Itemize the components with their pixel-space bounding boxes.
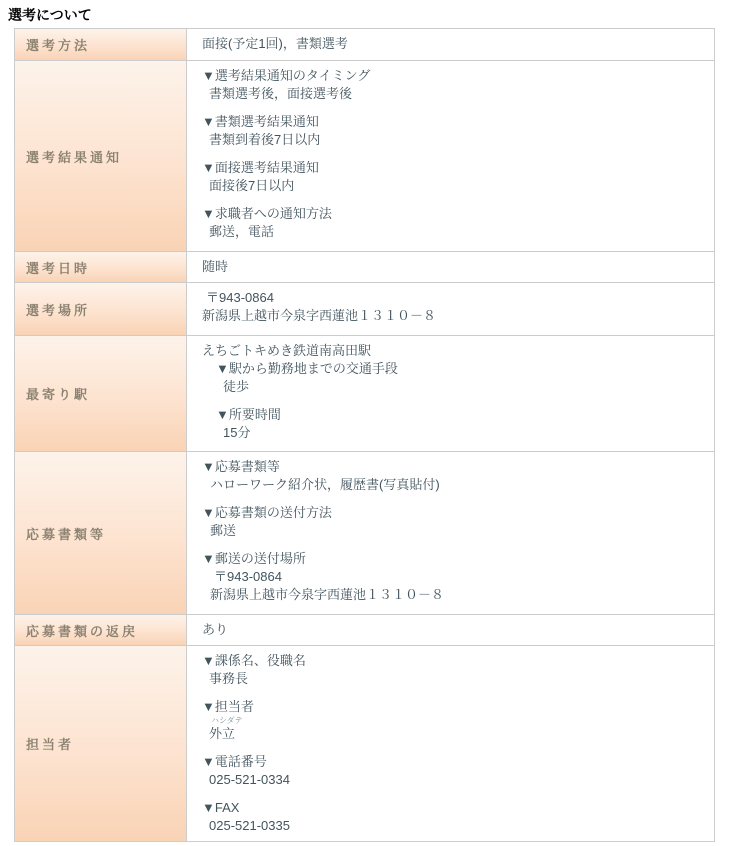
value-line: 15分 <box>202 424 704 442</box>
value-line: ▼選考結果通知のタイミング <box>202 67 704 85</box>
value-line: 郵送，電話 <box>202 223 704 241</box>
value-line: 面接(予定1回)，書類選考 <box>202 35 704 53</box>
value-line: 徒歩 <box>202 378 704 396</box>
value-line: ▼書類選考結果通知 <box>202 113 704 131</box>
address: 新潟県上越市今泉字西蓮池１３１０－８ <box>202 307 704 325</box>
value-line: ▼駅から勤務地までの交通手段 <box>202 360 704 378</box>
address: 新潟県上越市今泉字西蓮池１３１０－８ <box>202 586 704 604</box>
value-line: 郵送 <box>202 522 704 540</box>
name-furigana: ハシダテ <box>209 716 704 725</box>
value-line: ハローワーク紹介状，履歴書(写真貼付) <box>202 476 704 494</box>
value-line: ▼課係名、役職名 <box>202 652 704 670</box>
value-line: ▼面接選考結果通知 <box>202 159 704 177</box>
table-row-selection-method: 選考方法 面接(予定1回)，書類選考 <box>15 29 714 60</box>
row-label: 選考日時 <box>15 252 187 282</box>
value-line: 事務長 <box>202 670 704 688</box>
value-line: あり <box>202 621 704 639</box>
row-value: 面接(予定1回)，書類選考 <box>187 29 714 60</box>
table-row-application-documents: 応募書類等 ▼応募書類等 ハローワーク紹介状，履歴書(写真貼付) ▼応募書類の送… <box>15 451 714 614</box>
row-label: 担当者 <box>15 646 187 841</box>
station-name: えちごトキめき鉄道南高田駅 <box>202 342 704 360</box>
table-row-nearest-station: 最寄り駅 えちごトキめき鉄道南高田駅 ▼駅から勤務地までの交通手段 徒歩 ▼所要… <box>15 335 714 451</box>
table-row-selection-place: 選考場所 〒943-0864 新潟県上越市今泉字西蓮池１３１０－８ <box>15 282 714 335</box>
row-label: 応募書類の返戻 <box>15 615 187 645</box>
row-label: 選考場所 <box>15 283 187 335</box>
table-row-contact-person: 担当者 ▼課係名、役職名 事務長 ▼担当者 ハシダテ 外立 ▼電話番号 025-… <box>15 645 714 841</box>
postal-code: 〒943-0864 <box>202 568 704 586</box>
row-value: ▼課係名、役職名 事務長 ▼担当者 ハシダテ 外立 ▼電話番号 025-521-… <box>187 646 714 841</box>
value-line: ▼電話番号 <box>202 753 704 771</box>
row-value: 〒943-0864 新潟県上越市今泉字西蓮池１３１０－８ <box>187 283 714 335</box>
postal-code: 〒943-0864 <box>202 289 704 307</box>
value-line: ▼所要時間 <box>202 406 704 424</box>
value-line: ▼求職者への通知方法 <box>202 205 704 223</box>
value-line: 面接後7日以内 <box>202 177 704 195</box>
value-line: ▼FAX <box>202 799 704 817</box>
contact-name: 外立 <box>209 725 704 743</box>
row-value: ▼応募書類等 ハローワーク紹介状，履歴書(写真貼付) ▼応募書類の送付方法 郵送… <box>187 452 714 614</box>
row-label: 最寄り駅 <box>15 336 187 451</box>
table-row-documents-return: 応募書類の返戻 あり <box>15 614 714 645</box>
value-line: ▼応募書類の送付方法 <box>202 504 704 522</box>
contact-name-block: ハシダテ 外立 <box>202 716 704 743</box>
fax-number: 025-521-0335 <box>202 817 704 835</box>
value-line: ▼郵送の送付場所 <box>202 550 704 568</box>
row-label: 選考方法 <box>15 29 187 60</box>
phone-number: 025-521-0334 <box>202 771 704 789</box>
table-row-selection-date: 選考日時 随時 <box>15 251 714 282</box>
selection-info-table: 選考方法 面接(予定1回)，書類選考 選考結果通知 ▼選考結果通知のタイミング … <box>14 28 715 842</box>
page: 選考について 選考方法 面接(予定1回)，書類選考 選考結果通知 ▼選考結果通知… <box>0 5 729 842</box>
value-line: 書類到着後7日以内 <box>202 131 704 149</box>
value-line: ▼担当者 <box>202 698 704 716</box>
row-label: 応募書類等 <box>15 452 187 614</box>
section-title: 選考について <box>8 5 729 25</box>
value-line: 書類選考後，面接選考後 <box>202 85 704 103</box>
table-row-result-notification: 選考結果通知 ▼選考結果通知のタイミング 書類選考後，面接選考後 ▼書類選考結果… <box>15 60 714 251</box>
value-line: 随時 <box>202 258 704 276</box>
value-line: ▼応募書類等 <box>202 458 704 476</box>
row-value: えちごトキめき鉄道南高田駅 ▼駅から勤務地までの交通手段 徒歩 ▼所要時間 15… <box>187 336 714 451</box>
row-value: 随時 <box>187 252 714 282</box>
row-label: 選考結果通知 <box>15 61 187 251</box>
row-value: あり <box>187 615 714 645</box>
row-value: ▼選考結果通知のタイミング 書類選考後，面接選考後 ▼書類選考結果通知 書類到着… <box>187 61 714 251</box>
